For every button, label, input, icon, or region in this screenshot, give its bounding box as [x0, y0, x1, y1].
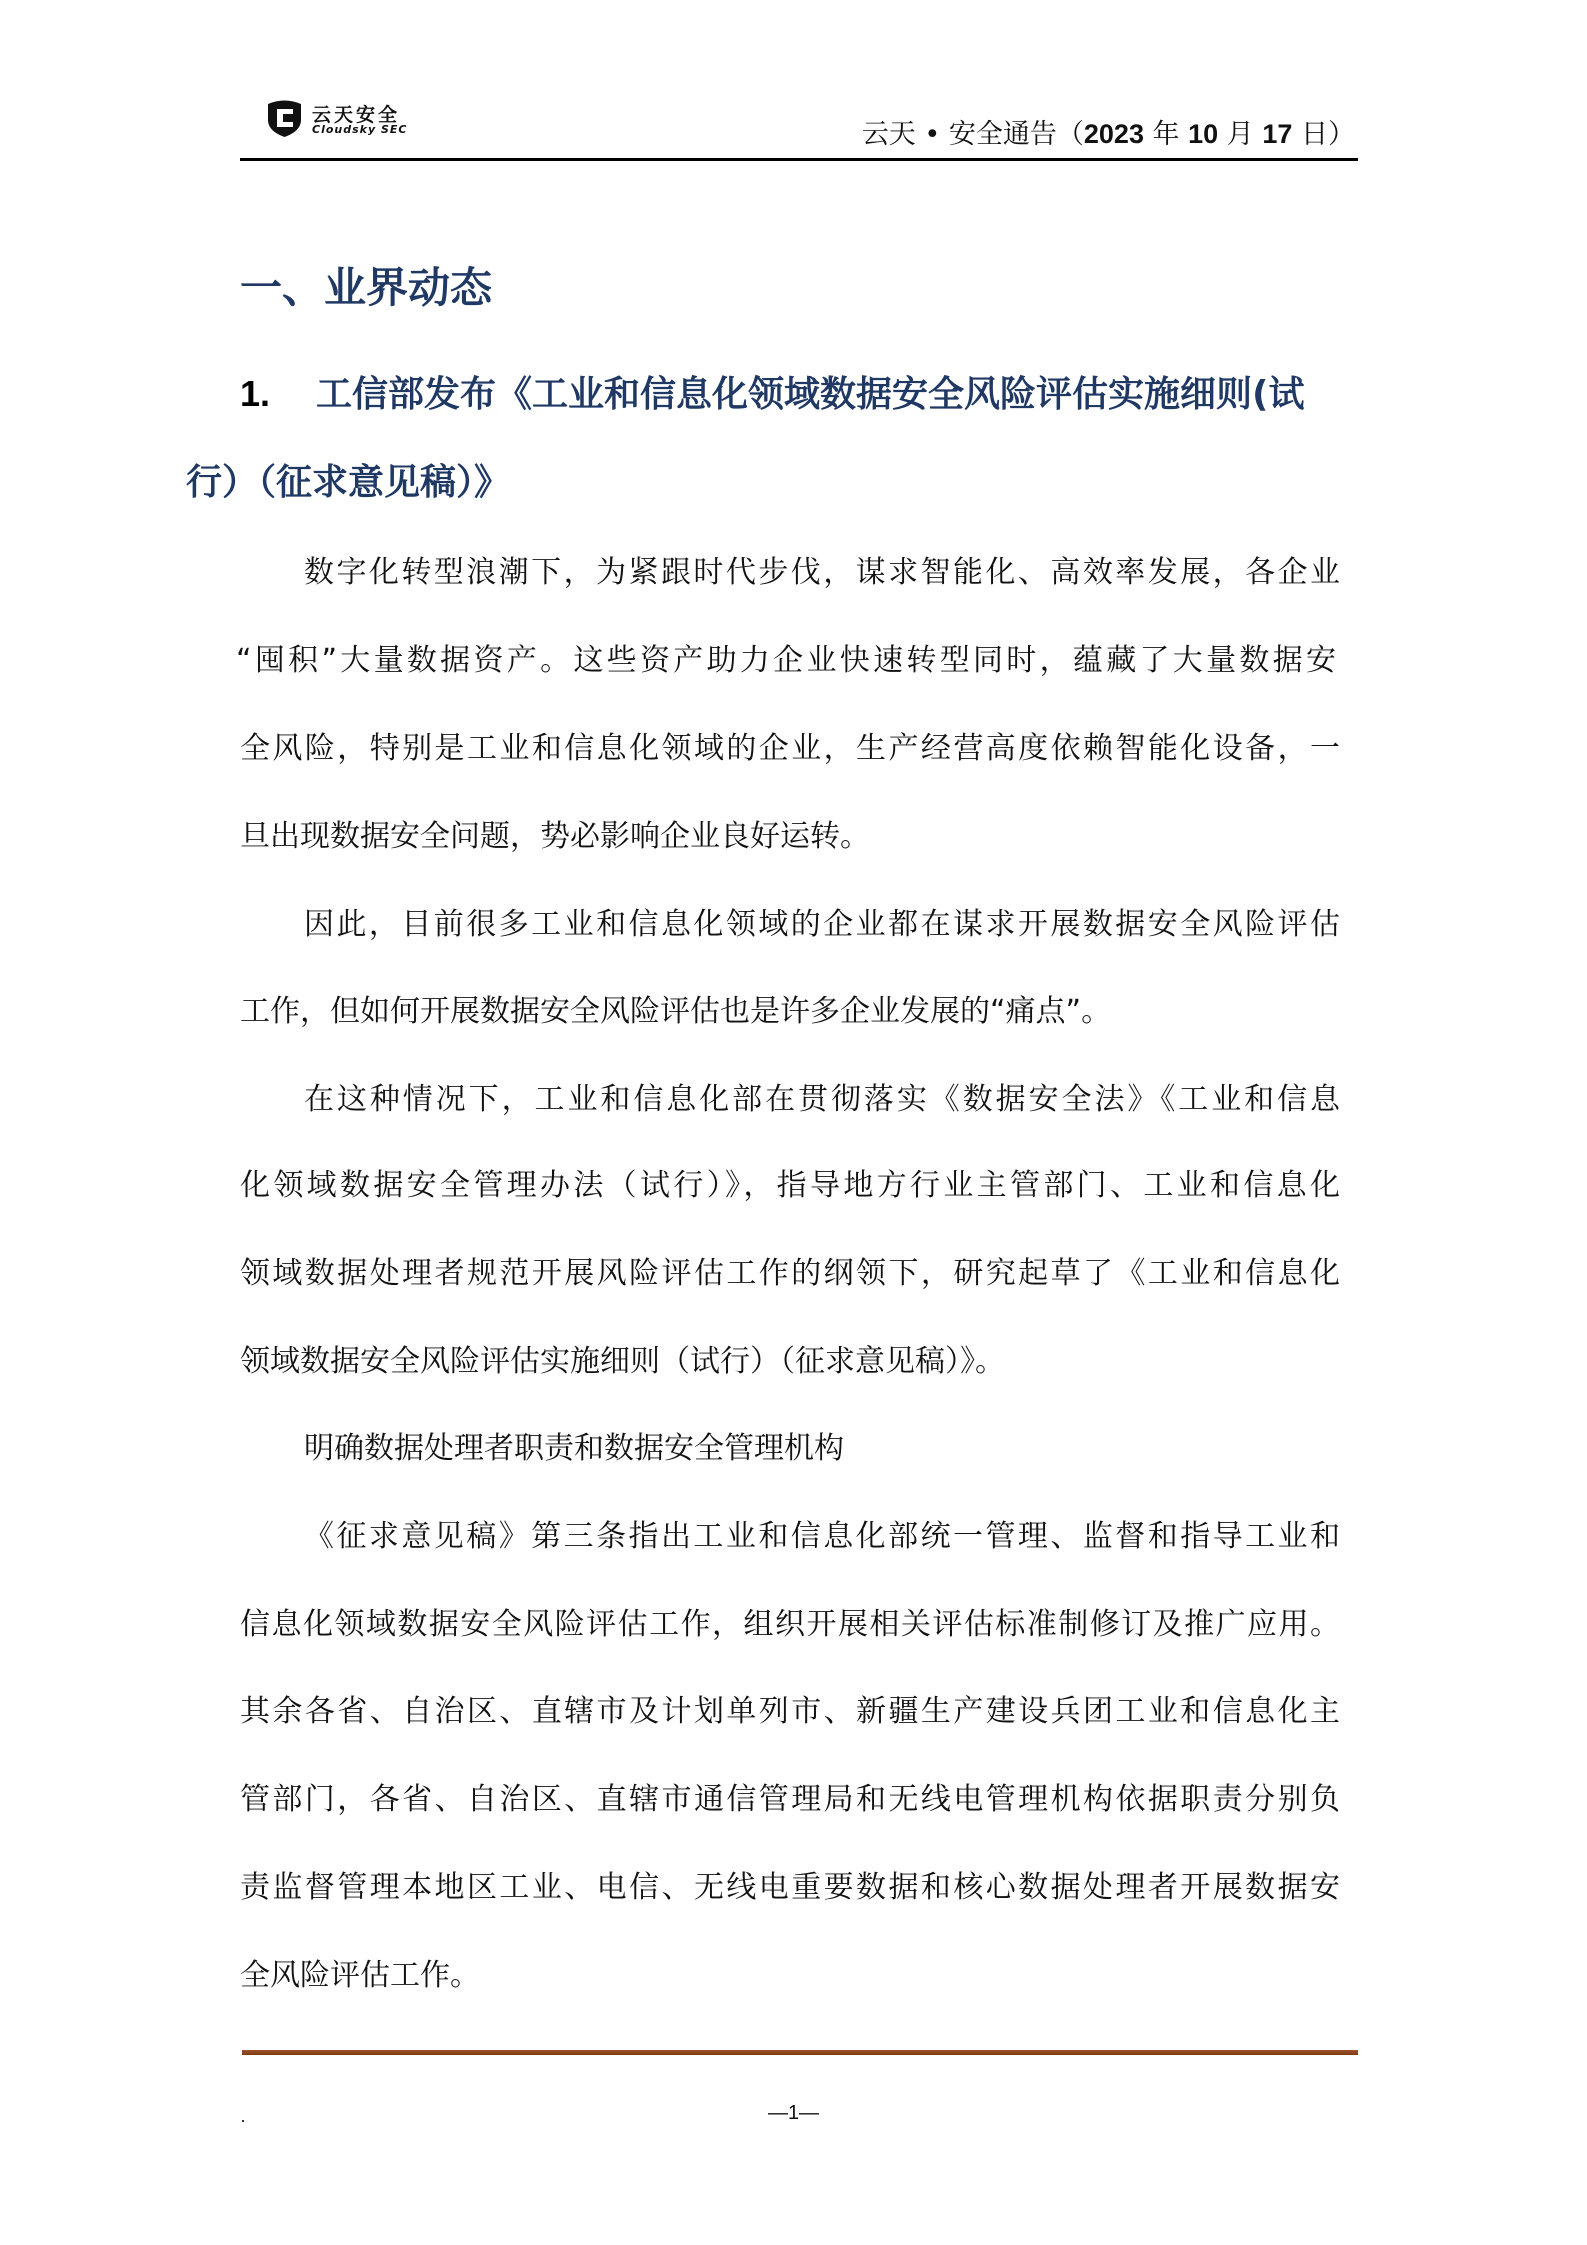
shield-c-icon — [266, 98, 303, 138]
body-line: 数字化转型浪潮下，为紧跟时代步伐，谋求智能化、高效率发展，各企业 — [240, 547, 1340, 591]
header-divider — [240, 158, 1358, 161]
article-title-line-1: 1.工信部发布《工业和信息化领域数据安全风险评估实施细则(试 — [240, 366, 1305, 417]
body-line: 《征求意见稿》第三条指出工业和信息化部统一管理、监督和指导工业和 — [240, 1511, 1340, 1555]
body-line: 全风险评估工作。 — [240, 1950, 1340, 1994]
body-line: 其余各省、自治区、直辖市及计划单列市、新疆生产建设兵团工业和信息化主 — [240, 1686, 1340, 1730]
body-line: 领域数据处理者规范开展风险评估工作的纲领下，研究起草了《工业和信息化 — [240, 1248, 1340, 1292]
logo-name-en: Cloudsky SEC — [312, 123, 407, 136]
year-unit: 年 — [1144, 119, 1188, 150]
bulletin-day: 17 — [1262, 119, 1292, 149]
body-line: 管部门，各省、自治区、直辖市通信管理局和无线电管理机构依据职责分别负 — [240, 1774, 1340, 1818]
bulletin-month: 10 — [1188, 119, 1218, 149]
body-line: 工作，但如何开展数据安全风险评估也是许多企业发展的“痛点”。 — [240, 986, 1340, 1030]
day-unit: 日） — [1292, 119, 1355, 150]
bulletin-title-prefix: 云天 • 安全通告（ — [862, 119, 1084, 150]
body-line: 因此，目前很多工业和信息化领域的企业都在谋求开展数据安全风险评估 — [240, 899, 1340, 943]
body-line: 信息化领域数据安全风险评估工作，组织开展相关评估标准制修订及推广应用。 — [240, 1599, 1340, 1643]
body-line: “囤积”大量数据资产。这些资产助力企业快速转型同时，蕴藏了大量数据安 — [236, 635, 1336, 679]
article-title-line-2: 行）（征求意见稿）》 — [186, 454, 510, 505]
section-heading: 一、业界动态 — [240, 255, 492, 315]
article-title-text: 工信部发布《工业和信息化领域数据安全风险评估实施细则(试 — [316, 374, 1304, 415]
article-number: 1. — [240, 373, 270, 414]
body-line: 在这种情况下，工业和信息化部在贯彻落实《数据安全法》《工业和信息 — [240, 1074, 1340, 1118]
footer-divider — [242, 2050, 1358, 2055]
body-line: 旦出现数据安全问题，势必影响企业良好运转。 — [240, 811, 1340, 855]
body-subheading: 明确数据处理者职责和数据安全管理机构 — [240, 1423, 1340, 1467]
month-unit: 月 — [1218, 119, 1262, 150]
body-line: 化领域数据安全管理办法（试行）》，指导地方行业主管部门、工业和信息化 — [240, 1160, 1340, 1204]
page-number: —1— — [0, 2102, 1587, 2125]
bulletin-title: 云天 • 安全通告（2023 年 10 月 17 日） — [862, 112, 1355, 151]
body-line: 领域数据安全风险评估实施细则（试行）（征求意见稿）》。 — [240, 1336, 1340, 1380]
body-line: 全风险，特别是工业和信息化领域的企业，生产经营高度依赖智能化设备，一 — [240, 723, 1340, 767]
bulletin-year: 2023 — [1084, 119, 1144, 149]
body-line: 责监督管理本地区工业、电信、无线电重要数据和核心数据处理者开展数据安 — [240, 1862, 1340, 1906]
company-logo: 云天安全 Cloudsky SEC — [266, 98, 416, 140]
